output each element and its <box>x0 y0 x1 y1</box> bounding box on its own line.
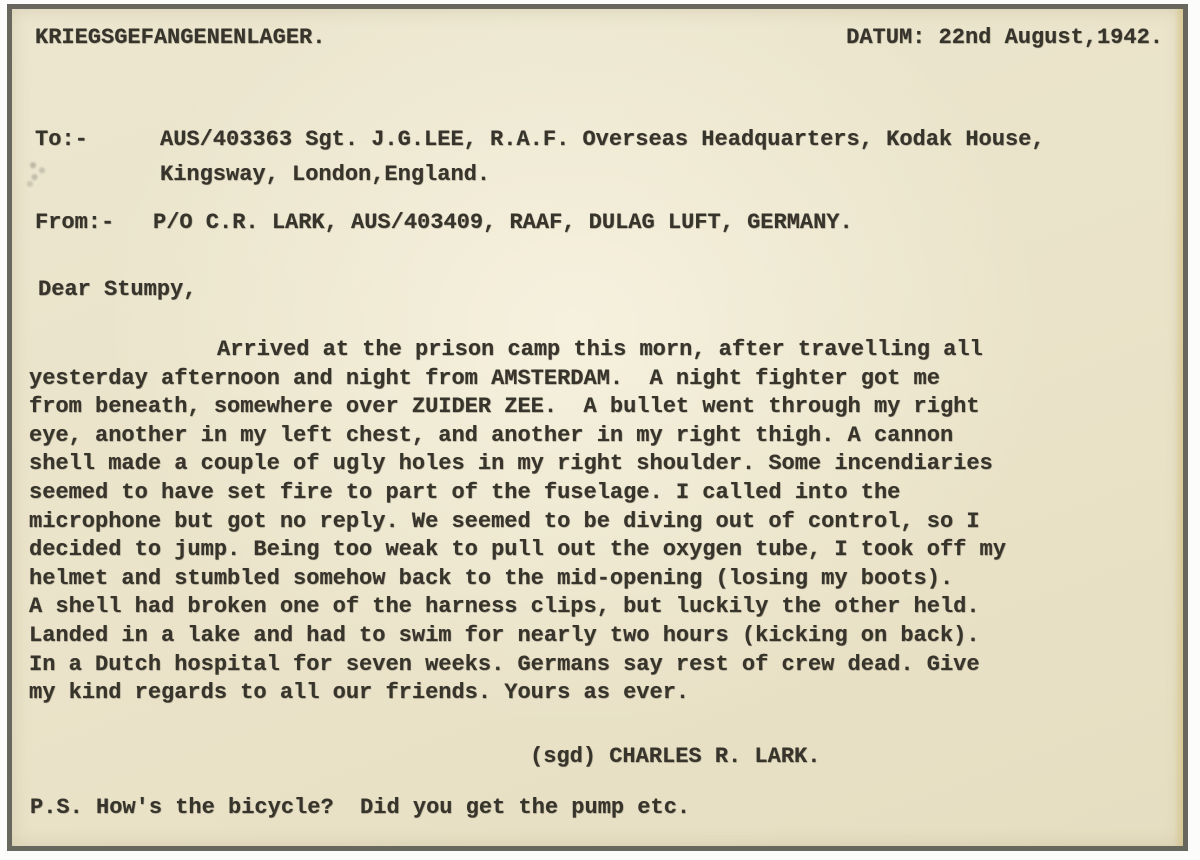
to-label: To:- <box>35 127 88 152</box>
body-line: A shell had broken one of the harness cl… <box>29 593 1179 622</box>
body-line: my kind regards to all our friends. Your… <box>29 679 1179 708</box>
body-line: shell made a couple of ugly holes in my … <box>29 450 1179 479</box>
body-line: Landed in a lake and had to swim for nea… <box>29 622 1179 651</box>
body-line: Arrived at the prison camp this morn, af… <box>29 336 1179 365</box>
salutation: Dear Stumpy, <box>38 277 196 302</box>
body-line: eye, another in my left chest, and anoth… <box>29 422 1179 451</box>
camp-header-label: KRIEGSGEFANGENENLAGER. <box>35 25 325 50</box>
to-address-line-2: Kingsway, London,England. <box>160 162 490 187</box>
body-line: helmet and stumbled somehow back to the … <box>29 565 1179 594</box>
letter-body: Arrived at the prison camp this morn, af… <box>29 336 1179 708</box>
body-line: seemed to have set fire to part of the f… <box>29 479 1179 508</box>
body-line: from beneath, somewhere over ZUIDER ZEE.… <box>29 393 1179 422</box>
signature-line: (sgd) CHARLES R. LARK. <box>530 744 820 769</box>
pencil-smudge <box>24 155 54 189</box>
letter-scan-page: KRIEGSGEFANGENENLAGER. DATUM: 22nd Augus… <box>7 4 1188 851</box>
body-line: microphone but got no reply. We seemed t… <box>29 508 1179 537</box>
to-address-line-1: AUS/403363 Sgt. J.G.LEE, R.A.F. Overseas… <box>160 127 1045 152</box>
body-line: decided to jump. Being too weak to pull … <box>29 536 1179 565</box>
from-value: P/O C.R. LARK, AUS/403409, RAAF, DULAG L… <box>153 210 853 235</box>
body-line: yesterday afternoon and night from AMSTE… <box>29 365 1179 394</box>
date-header-label: DATUM: 22nd August,1942. <box>846 25 1163 50</box>
body-line: In a Dutch hospital for seven weeks. Ger… <box>29 651 1179 680</box>
from-label: From:- <box>35 210 114 235</box>
postscript-line: P.S. How's the bicycle? Did you get the … <box>30 795 690 820</box>
